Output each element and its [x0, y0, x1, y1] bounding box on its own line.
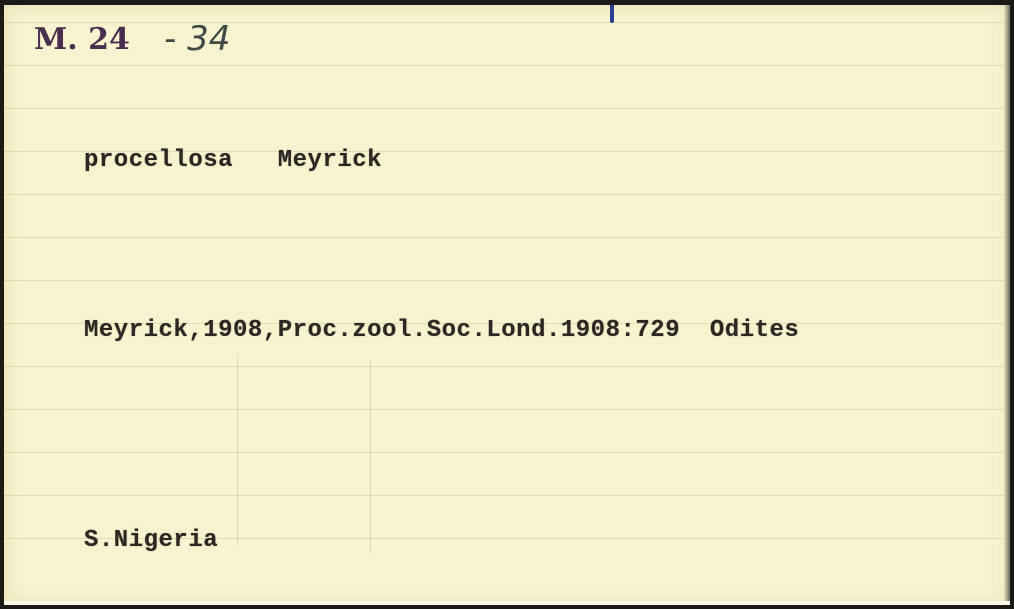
stamp-code: M. 24: [34, 22, 130, 57]
handwritten-number: - 34: [164, 19, 230, 59]
card-bottom-edge: [4, 601, 1010, 605]
card-edge: [1004, 5, 1010, 605]
species-name-line: procellosa Meyrick: [84, 147, 382, 174]
faint-pencil-line: [237, 355, 238, 545]
locality-line: S.Nigeria: [84, 527, 218, 554]
faint-pencil-line: [370, 360, 371, 555]
blue-ink-mark: [610, 5, 614, 23]
reference-line: Meyrick,1908,Proc.zool.Soc.Lond.1908:729…: [84, 317, 799, 344]
index-card: M. 24 - 34 procellosa Meyrick Meyrick,19…: [4, 5, 1010, 605]
